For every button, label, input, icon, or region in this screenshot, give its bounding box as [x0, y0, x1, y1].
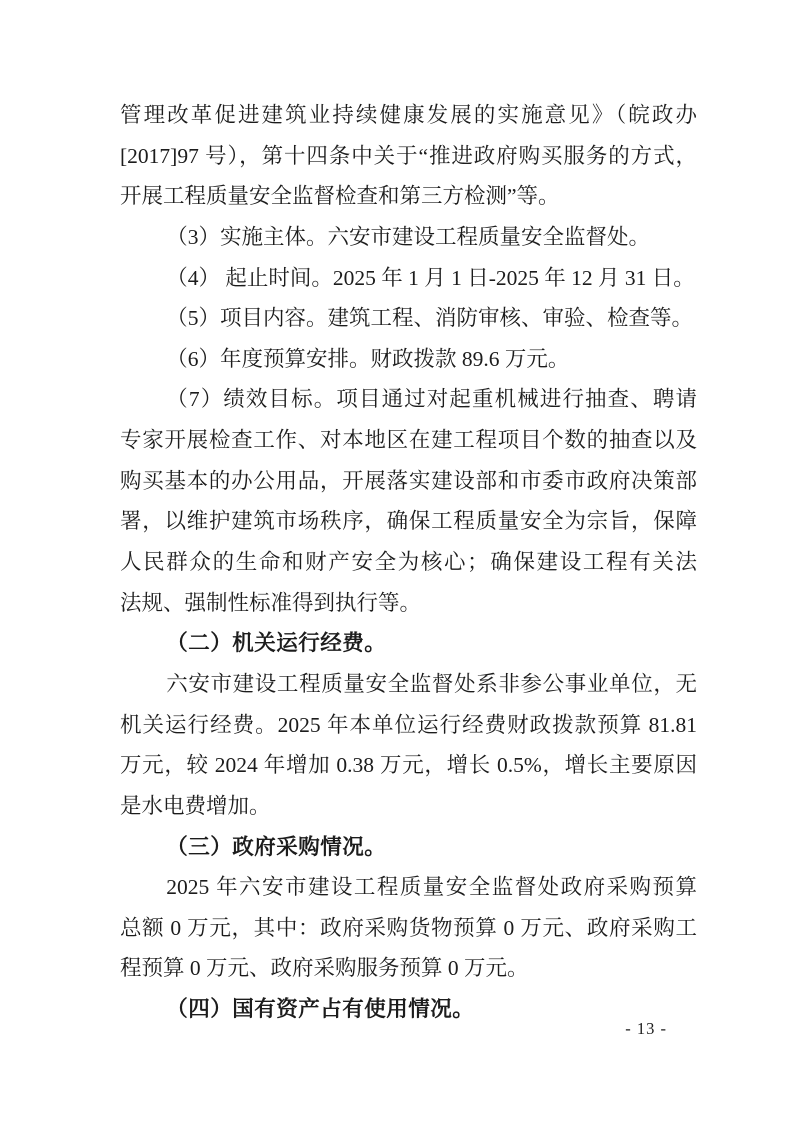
paragraph: 六安市建设工程质量安全监督处系非参公事业单位，无机关运行经费。2025 年本单位… — [120, 664, 697, 827]
heading-line: （四）国有资产占有使用情况。 — [120, 989, 697, 1030]
paragraph: （6）年度预算安排。财政拨款 89.6 万元。 — [120, 339, 697, 380]
section-heading: （四）国有资产占有使用情况。 — [120, 989, 697, 1030]
paragraph: （4） 起止时间。2025 年 1 月 1 日-2025 年 12 月 31 日… — [120, 258, 697, 299]
paragraph-line: 购买基本的办公用品，开展落实建设部和市委市政府决策部 — [120, 461, 697, 502]
paragraph: 管理改革促进建筑业持续健康发展的实施意见》（皖政办[2017]97 号），第十四… — [120, 95, 697, 217]
heading-line: （三）政府采购情况。 — [120, 827, 697, 868]
page-number: - 13 - — [625, 1018, 667, 1040]
paragraph-line: （6）年度预算安排。财政拨款 89.6 万元。 — [120, 339, 697, 380]
paragraph-line: 总额 0 万元，其中：政府采购货物预算 0 万元、政府采购工 — [120, 908, 697, 949]
paragraph: （7）绩效目标。项目通过对起重机械进行抽查、聘请专家开展检查工作、对本地区在建工… — [120, 379, 697, 623]
document-page: 管理改革促进建筑业持续健康发展的实施意见》（皖政办[2017]97 号），第十四… — [0, 0, 793, 1122]
paragraph-line: 法规、强制性标准得到执行等。 — [120, 583, 697, 624]
paragraph-line: （3）实施主体。六安市建设工程质量安全监督处。 — [120, 217, 697, 258]
paragraph-line: 专家开展检查工作、对本地区在建工程项目个数的抽查以及 — [120, 420, 697, 461]
paragraph-line: [2017]97 号），第十四条中关于“推进政府购买服务的方式， — [120, 136, 697, 177]
paragraph-line: 人民群众的生命和财产安全为核心；确保建设工程有关法律、 — [120, 542, 697, 583]
paragraph-line: （5）项目内容。建筑工程、消防审核、审验、检查等。 — [120, 298, 697, 339]
paragraph-line: 万元，较 2024 年增加 0.38 万元，增长 0.5%，增长主要原因 — [120, 745, 697, 786]
section-heading: （三）政府采购情况。 — [120, 827, 697, 868]
paragraph-line: 署，以维护建筑市场秩序，确保工程质量安全为宗旨，保障 — [120, 501, 697, 542]
paragraph-line: 程预算 0 万元、政府采购服务预算 0 万元。 — [120, 948, 697, 989]
paragraph-line: （4） 起止时间。2025 年 1 月 1 日-2025 年 12 月 31 日… — [120, 258, 697, 299]
paragraph-line: （7）绩效目标。项目通过对起重机械进行抽查、聘请 — [120, 379, 697, 420]
document-content: 管理改革促进建筑业持续健康发展的实施意见》（皖政办[2017]97 号），第十四… — [120, 95, 697, 1030]
paragraph: （5）项目内容。建筑工程、消防审核、审验、检查等。 — [120, 298, 697, 339]
paragraph-line: 六安市建设工程质量安全监督处系非参公事业单位，无 — [120, 664, 697, 705]
paragraph-line: 2025 年六安市建设工程质量安全监督处政府采购预算 — [120, 867, 697, 908]
heading-line: （二）机关运行经费。 — [120, 623, 697, 664]
paragraph-line: 是水电费增加。 — [120, 786, 697, 827]
section-heading: （二）机关运行经费。 — [120, 623, 697, 664]
paragraph-line: 机关运行经费。2025 年本单位运行经费财政拨款预算 81.81 — [120, 705, 697, 746]
paragraph: 2025 年六安市建设工程质量安全监督处政府采购预算总额 0 万元，其中：政府采… — [120, 867, 697, 989]
paragraph-line: 管理改革促进建筑业持续健康发展的实施意见》（皖政办 — [120, 95, 697, 136]
paragraph: （3）实施主体。六安市建设工程质量安全监督处。 — [120, 217, 697, 258]
paragraph-line: 开展工程质量安全监督检查和第三方检测”等。 — [120, 176, 697, 217]
